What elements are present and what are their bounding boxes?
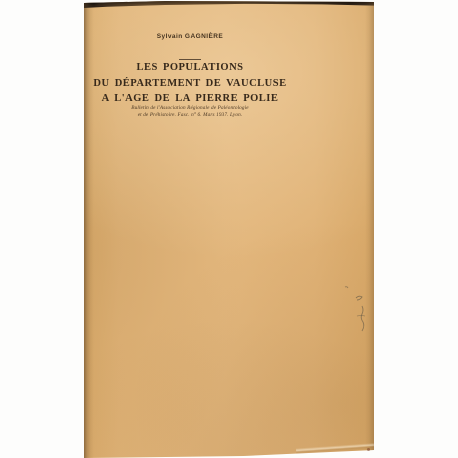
- booklet-cover: Sylvain GAGNIÈRE LES POPULATIONS DU DÉPA…: [84, 0, 374, 458]
- ink-speck: [367, 448, 370, 451]
- cover-text-block: Sylvain GAGNIÈRE LES POPULATIONS DU DÉPA…: [84, 0, 296, 140]
- pencil-annotation-icon: [340, 282, 380, 338]
- imprint-line-2: et de Préhistoire. Fasc. n° 6. Mars 1937…: [84, 112, 296, 119]
- author-name: Sylvain GAGNIÈRE: [84, 33, 296, 40]
- title-line-2: DU DÉPARTEMENT DE VAUCLUSE: [84, 76, 296, 92]
- imprint: Bulletin de l'Association Régionale de P…: [84, 105, 296, 119]
- title-line-1: LES POPULATIONS: [84, 60, 296, 76]
- imprint-line-1: Bulletin de l'Association Régionale de P…: [84, 105, 296, 112]
- scan-background: Sylvain GAGNIÈRE LES POPULATIONS DU DÉPA…: [0, 0, 458, 458]
- cover-right-edge-shade: [365, 0, 374, 458]
- cover-title: LES POPULATIONS DU DÉPARTEMENT DE VAUCLU…: [84, 60, 296, 107]
